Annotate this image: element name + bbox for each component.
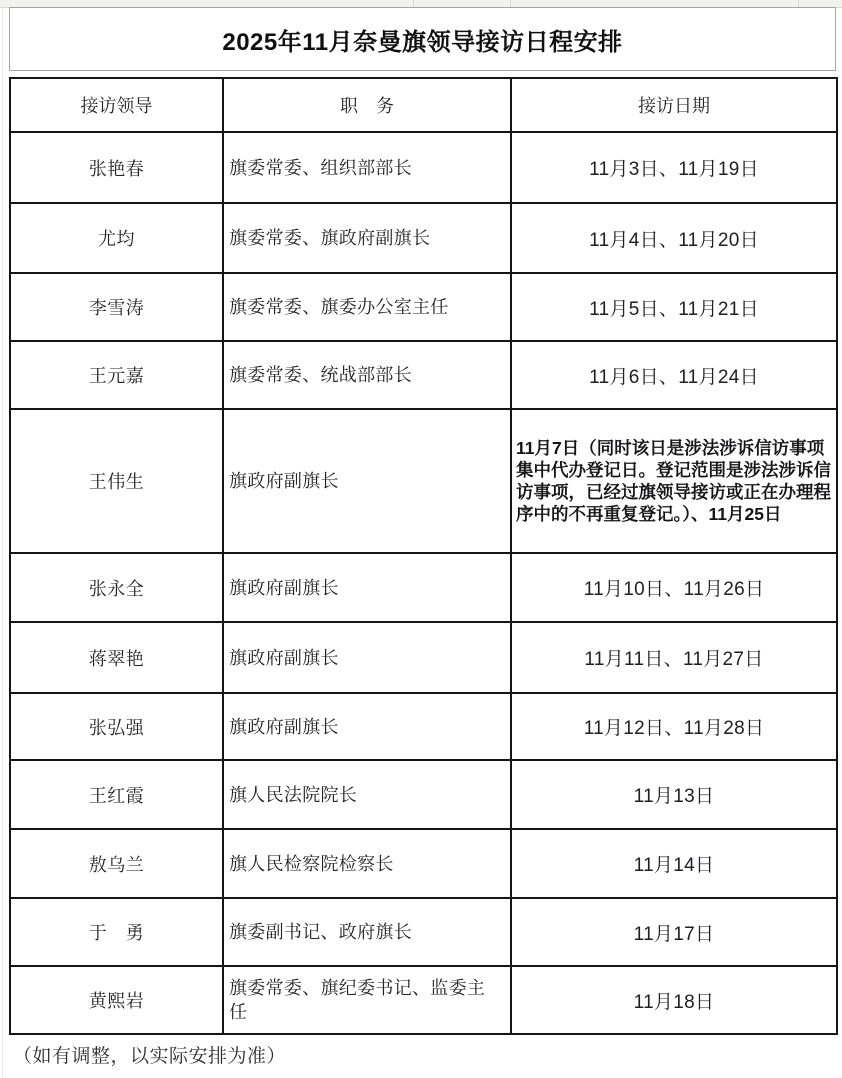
reception-dates-cell: 11月13日 [511,760,837,829]
leader-name-cell: 王红霞 [10,760,223,829]
table-row: 黄熙岩旗委常委、旗纪委书记、监委主任11月18日 [10,966,837,1034]
table-header-row: 接访领导职 务接访日期 [10,78,837,132]
table-row: 敖乌兰旗人民检察院检察长11月14日 [10,829,837,898]
leader-name-cell: 王元嘉 [10,341,223,409]
position-cell: 旗委副书记、政府旗长 [223,898,511,966]
reception-dates-cell: 11月4日、11月20日 [511,203,837,273]
position-cell: 旗委常委、组织部部长 [223,132,511,203]
position-cell: 旗政府副旗长 [223,553,511,622]
table-row: 张艳春旗委常委、组织部部长11月3日、11月19日 [10,132,837,203]
reception-dates-cell: 11月6日、11月24日 [511,341,837,409]
table-row: 尤均旗委常委、旗政府副旗长11月4日、11月20日 [10,203,837,273]
schedule-table: 接访领导职 务接访日期 张艳春旗委常委、组织部部长11月3日、11月19日尤均旗… [9,77,838,1035]
leader-name-cell: 于 勇 [10,898,223,966]
leader-name-cell: 张弘强 [10,693,223,760]
position-cell: 旗政府副旗长 [223,693,511,760]
title-box: 2025年11月奈曼旗领导接访日程安排 [9,7,836,71]
sheet-gridline-tick [413,0,414,7]
page-title: 2025年11月奈曼旗领导接访日程安排 [222,22,622,57]
position-cell: 旗委常委、统战部部长 [223,341,511,409]
reception-dates-cell: 11月10日、11月26日 [511,553,837,622]
position-cell: 旗政府副旗长 [223,622,511,693]
position-cell: 旗委常委、旗政府副旗长 [223,203,511,273]
reception-dates-note-cell: 11月7日（同时该日是涉法涉诉信访事项集中代办登记日。登记范围是涉法涉诉信访事项… [511,409,837,553]
reception-dates-cell: 11月3日、11月19日 [511,132,837,203]
leader-name-cell: 李雪涛 [10,273,223,341]
column-header: 接访日期 [511,78,837,132]
reception-dates-cell: 11月11日、11月27日 [511,622,837,693]
position-cell: 旗人民检察院检察长 [223,829,511,898]
sheet-gridline-tick [798,0,799,7]
leader-name-cell: 敖乌兰 [10,829,223,898]
position-cell: 旗人民法院院长 [223,760,511,829]
leader-name-cell: 尤均 [10,203,223,273]
position-cell: 旗委常委、旗纪委书记、监委主任 [223,966,511,1034]
position-cell: 旗委常委、旗委办公室主任 [223,273,511,341]
column-header: 职 务 [223,78,511,132]
table-row: 王元嘉旗委常委、统战部部长11月6日、11月24日 [10,341,837,409]
reception-dates-cell: 11月12日、11月28日 [511,693,837,760]
leader-name-cell: 黄熙岩 [10,966,223,1034]
reception-dates-cell: 11月17日 [511,898,837,966]
table-row: 蒋翠艳旗政府副旗长11月11日、11月27日 [10,622,837,693]
column-header: 接访领导 [10,78,223,132]
table-row: 李雪涛旗委常委、旗委办公室主任11月5日、11月21日 [10,273,837,341]
table-row: 于 勇旗委副书记、政府旗长11月17日 [10,898,837,966]
position-cell: 旗政府副旗长 [223,409,511,553]
reception-dates-cell: 11月5日、11月21日 [511,273,837,341]
table-row: 王红霞旗人民法院院长11月13日 [10,760,837,829]
leader-name-cell: 张永全 [10,553,223,622]
schedule-body: 张艳春旗委常委、组织部部长11月3日、11月19日尤均旗委常委、旗政府副旗长11… [10,132,837,1034]
leader-name-cell: 王伟生 [10,409,223,553]
reception-dates-cell: 11月18日 [511,966,837,1034]
table-row: 张弘强旗政府副旗长11月12日、11月28日 [10,693,837,760]
leader-name-cell: 张艳春 [10,132,223,203]
sheet-gridline-tick [510,0,511,7]
table-row: 王伟生旗政府副旗长11月7日（同时该日是涉法涉诉信访事项集中代办登记日。登记范围… [10,409,837,553]
footer-note: （如有调整，以实际安排为准） [13,1041,286,1068]
leader-name-cell: 蒋翠艳 [10,622,223,693]
table-row: 张永全旗政府副旗长11月10日、11月26日 [10,553,837,622]
reception-dates-cell: 11月14日 [511,829,837,898]
sheet-left-gridline [2,8,3,1078]
